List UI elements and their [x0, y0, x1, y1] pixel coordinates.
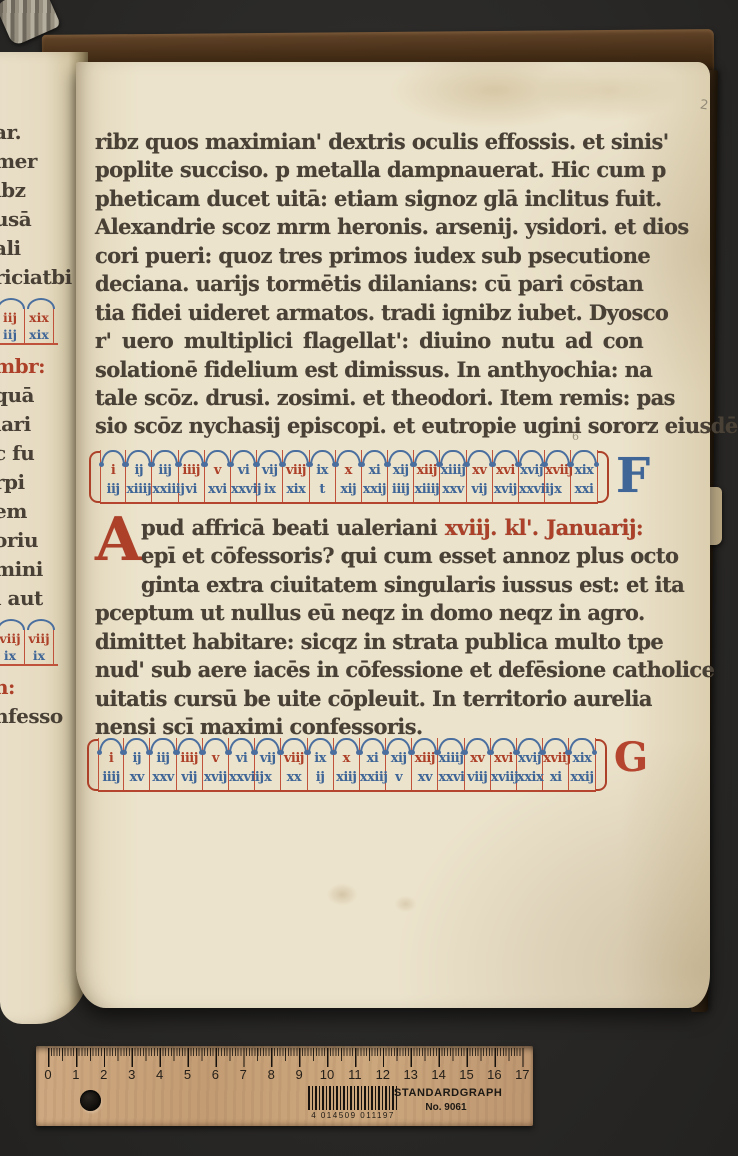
cell-bottom-numeral: viij: [465, 769, 490, 788]
table-bracket-left: [87, 739, 98, 791]
fragment-text-line: nfesso: [0, 702, 80, 731]
text-block-upper: ribz quos maximian' dextris oculis effos…: [95, 128, 643, 441]
cell-arch: [571, 450, 596, 465]
table-cell: xijv: [386, 738, 412, 790]
text-line: sio scōz nychasij episcopi. et eutropie …: [95, 412, 643, 440]
table-cell: iiijvi: [179, 450, 205, 502]
table-cell: xvviij: [465, 738, 491, 790]
text-line: epī et cōfessoris? qui cum esset annoz p…: [95, 542, 643, 570]
cell-bottom-numeral: iiij: [99, 769, 123, 788]
text-line: solationē fidelium est dimissus. In anth…: [95, 356, 643, 384]
cell-arch: [310, 450, 335, 465]
table-cell: vixxvij: [231, 450, 257, 502]
ruler-cm-label: 4: [156, 1067, 163, 1082]
text-line: deciana. uarijs tormētis dilanians: cū p…: [95, 270, 643, 298]
cell-bottom-numeral: ij: [308, 769, 333, 788]
cell-arch: [440, 450, 465, 465]
barcode: 4 014509 011197: [308, 1086, 398, 1120]
table-cell: vxvij: [203, 738, 229, 790]
table-cell: iiij: [100, 450, 126, 502]
text-line: Alexandrie scoz mrm heronis. arsenij. ys…: [95, 213, 643, 241]
ruler-cm-label: 12: [376, 1067, 390, 1082]
cell-bottom-numeral: vij: [467, 481, 492, 500]
ruler-cm-label: 7: [240, 1067, 247, 1082]
table-cell: iijxxv: [150, 738, 176, 790]
fragment-text-line: lari: [0, 410, 80, 439]
fragment-text-line: n:: [0, 673, 80, 702]
cell-arch: [545, 450, 570, 465]
cell-arch: [465, 738, 490, 753]
cell-arch: [203, 738, 228, 753]
ruler-cm-label: 0: [44, 1067, 51, 1082]
ruler-cm-labels: 01234567891011121314151617: [36, 1067, 533, 1083]
manuscript-page: 2 6 ribz quos maximian' dextris oculis e…: [76, 62, 710, 1008]
table-cell: ixij: [308, 738, 334, 790]
cell-arch: [569, 738, 594, 753]
cell-arch: [231, 450, 256, 465]
cell-arch: [543, 738, 568, 753]
cell-bottom-numeral: iij: [101, 481, 125, 500]
cell-bottom-numeral: xvi: [205, 481, 230, 500]
fragment-text-line: ibz: [0, 176, 80, 205]
cell-bottom-numeral: xiiij: [126, 481, 151, 500]
cell-bottom-numeral: xvij: [493, 481, 518, 500]
text-line: ginta extra ciuitatem singularis iussus …: [95, 571, 643, 599]
calendar-number-table-2: iiiijijxviijxxviiijvijvxvijvixxviijvijxv…: [87, 738, 607, 792]
initial-capital: A: [95, 514, 141, 571]
ruler-cm-label: 2: [100, 1067, 107, 1082]
cell-arch: [517, 738, 542, 753]
table-cell: xvvij: [467, 450, 493, 502]
table-cell: viijix: [0, 630, 25, 664]
table-cell: xvixviij: [491, 738, 517, 790]
cell-arch: [334, 738, 359, 753]
text-line: nud' sub aere iacēs in cōfessione et def…: [95, 656, 643, 684]
table-cell: xvijxxviij: [519, 450, 545, 502]
cell-bottom-numeral: xx: [281, 769, 306, 788]
table-cell: ixt: [310, 450, 336, 502]
barcode-digits: 4 014509 011197: [308, 1111, 398, 1120]
fragment-text-line: c fu: [0, 439, 80, 468]
cell-arch: [493, 450, 518, 465]
text-line: dimittet habitare: sicqz in strata publi…: [95, 628, 643, 656]
cell-bottom-numeral: iiij: [388, 481, 413, 500]
text-line: r' uero multiplici flagellat': diuino nu…: [95, 327, 643, 355]
table-cell: xxiij: [334, 738, 360, 790]
table-cells: iiiijijxviijxxviiijvijvxvijvixxviijvijxv…: [98, 738, 596, 792]
barcode-bars: [308, 1086, 398, 1110]
facing-page-text-fragments: ar.meribzusāaliriciatbiiijiijxixxixmbr:q…: [0, 118, 80, 731]
cell-arch: [467, 450, 492, 465]
fragment-text-line: rpi: [0, 468, 80, 497]
table-cell: viijxix: [283, 450, 309, 502]
ruler-brand-block: STANDARDGRAPH No. 9061: [394, 1087, 498, 1113]
table-cell: xxij: [336, 450, 362, 502]
table-cell: vijx: [255, 738, 281, 790]
cell-bottom-numeral: x: [545, 481, 570, 500]
cell-arch: [336, 450, 361, 465]
table-cell: xiijxiiij: [414, 450, 440, 502]
table-cell: vixxviij: [229, 738, 255, 790]
cell-bottom-numeral: xxv: [440, 481, 465, 500]
cell-bottom-numeral: xv: [412, 769, 437, 788]
table-cell: xixxxi: [571, 450, 597, 502]
margin-letter-blue: F: [616, 448, 650, 504]
ruler-cm-label: 6: [212, 1067, 219, 1082]
table-bracket-left: [89, 451, 100, 503]
ruler-cm-label: 15: [459, 1067, 473, 1082]
cell-bottom-numeral: xxiiij: [152, 481, 177, 500]
table-cell: iijiij: [0, 309, 25, 343]
cell-arch: [283, 450, 308, 465]
cell-arch: [438, 738, 463, 753]
table-cell: viijxx: [281, 738, 307, 790]
fragment-text-line: em: [0, 497, 80, 526]
text-line: tale scōz. drusi. zosimi. et theodori. I…: [95, 384, 643, 412]
cell-bottom-numeral: xiiij: [414, 481, 439, 500]
text-line: ribz quos maximian' dextris oculis effos…: [95, 128, 643, 156]
cell-bottom-numeral: v: [386, 769, 411, 788]
entry-heading-line: pud affricā beati ualeriani xviij. kl'. …: [95, 514, 643, 542]
heading-red-rubric: xviij. kl'. Januarij:: [445, 515, 643, 540]
cell-bottom-numeral: xix: [283, 481, 308, 500]
text-line: poplite succiso. p metalla dampnauerat. …: [95, 156, 643, 184]
fragment-text-line: riciatbi: [0, 263, 80, 292]
cell-bottom-numeral: xiij: [334, 769, 359, 788]
cell-arch: [0, 619, 25, 630]
cell-arch: [491, 738, 516, 753]
cell-arch: [257, 450, 282, 465]
cell-arch: [126, 450, 151, 465]
margin-letter-red: G: [614, 734, 648, 781]
cell-bottom-numeral: xv: [124, 769, 149, 788]
cell-arch: [27, 298, 55, 309]
fragment-text-line: ali: [0, 234, 80, 263]
fragment-text-line: oriu: [0, 526, 80, 555]
table-cell: vxvi: [205, 450, 231, 502]
cell-arch: [362, 450, 387, 465]
ruler-cm-label: 3: [128, 1067, 135, 1082]
table-cell: xixxiij: [360, 738, 386, 790]
fragment-text-line: usā: [0, 205, 80, 234]
table-cell: ijxiiij: [126, 450, 152, 502]
table-cell: viijix: [25, 630, 54, 664]
photo-stage: ar.meribzusāaliriciatbiiijiijxixxixmbr:q…: [0, 0, 738, 1156]
ruler-cm-label: 17: [515, 1067, 529, 1082]
cell-arch: [229, 738, 254, 753]
table-cell: iijxxiiij: [152, 450, 178, 502]
cell-arch: [255, 738, 280, 753]
ruler: 01234567891011121314151617 4 014509 0111…: [36, 1046, 533, 1126]
cell-bottom-numeral: xvij: [203, 769, 228, 788]
cell-bottom-numeral: xxij: [362, 481, 387, 500]
cell-bottom-numeral: xi: [543, 769, 568, 788]
table-cell: xvixvij: [493, 450, 519, 502]
cell-arch: [179, 450, 204, 465]
table-cells: iiijijxiiijiijxxiiijiiijvivxvivixxvijvij…: [100, 450, 598, 504]
text-line: pheticam ducet uitā: etiam signoz glā in…: [95, 185, 643, 213]
table-cell: xijiiij: [388, 450, 414, 502]
cell-arch: [150, 738, 175, 753]
facing-page-edge: ar.meribzusāaliriciatbiiijiijxixxixmbr:q…: [0, 52, 88, 1024]
cell-bottom-numeral: xxviij: [519, 481, 544, 500]
cell-bottom-numeral: xxix: [517, 769, 542, 788]
ruler-cm-label: 1: [72, 1067, 79, 1082]
cell-arch: [124, 738, 149, 753]
text-line: cori pueri: quoz tres primos iudex sub p…: [95, 242, 643, 270]
ruler-cm-label: 9: [295, 1067, 302, 1082]
fragment-text-line: quā: [0, 381, 80, 410]
cell-bottom-numeral: vi: [179, 481, 204, 500]
cell-arch: [27, 619, 55, 630]
cell-arch: [99, 738, 123, 753]
table-bracket-right: [598, 451, 609, 503]
cell-arch: [414, 450, 439, 465]
ruler-cm-label: 14: [431, 1067, 445, 1082]
cell-arch: [152, 450, 177, 465]
table-cell: xiiijxxvi: [438, 738, 464, 790]
fragment-text-line: ar.: [0, 118, 80, 147]
cell-arch: [386, 738, 411, 753]
text-line: pceptum ut nullus eū neqz in domo neqz i…: [95, 599, 643, 627]
table-cell: vijix: [257, 450, 283, 502]
cell-bottom-numeral: xxvij: [231, 481, 256, 500]
ruler-model: No. 9061: [394, 1102, 498, 1113]
ruler-cm-label: 11: [348, 1067, 362, 1082]
table-cell: ijxv: [124, 738, 150, 790]
ruler-cm-label: 5: [184, 1067, 191, 1082]
table-cell: xiiijxxv: [440, 450, 466, 502]
cell-arch: [308, 738, 333, 753]
fragment-number-table: iijiijxixxix: [0, 292, 58, 352]
cell-bottom-numeral: xxij: [569, 769, 594, 788]
cell-bottom-numeral: t: [310, 481, 335, 500]
cell-arch: [0, 298, 25, 309]
table-cell: xviijx: [545, 450, 571, 502]
folio-number: 2: [699, 97, 709, 113]
cell-bottom-numeral: xij: [336, 481, 361, 500]
table-cell: xixxxij: [569, 738, 595, 790]
cell-arch: [177, 738, 202, 753]
cell-bottom-numeral: vij: [177, 769, 202, 788]
cell-bottom-numeral: xviij: [491, 769, 516, 788]
cell-arch: [205, 450, 230, 465]
cell-arch: [519, 450, 544, 465]
text-line: tia fidei uideret armatos. tradi ignibz …: [95, 299, 643, 327]
fragment-text-line: mini: [0, 555, 80, 584]
table-cell: iiijvij: [177, 738, 203, 790]
ruler-cm-label: 10: [320, 1067, 334, 1082]
ruler-brand: STANDARDGRAPH: [394, 1087, 498, 1099]
ruler-cm-label: 8: [268, 1067, 275, 1082]
cell-bottom-numeral: xxiij: [360, 769, 385, 788]
cell-bottom-numeral: xxviij: [229, 769, 254, 788]
text-line: uitatis cursū be uite cōpleuit. In terri…: [95, 685, 643, 713]
fragment-text-line: mer: [0, 147, 80, 176]
table-cell: xvijxxix: [517, 738, 543, 790]
table-cell: iiiij: [98, 738, 124, 790]
table-cell: xixxix: [25, 309, 54, 343]
cell-bottom-numeral: xxi: [571, 481, 596, 500]
ruler-cm-label: 13: [403, 1067, 417, 1082]
fragment-text-line: mbr:: [0, 352, 80, 381]
fragment-number-table: viijixviijix: [0, 613, 58, 673]
table-cell: xviijxi: [543, 738, 569, 790]
ruler-hanging-hole: [80, 1090, 101, 1111]
table-cell: xixxij: [362, 450, 388, 502]
cell-bottom-numeral: xxv: [150, 769, 175, 788]
cell-bottom-numeral: xxvi: [438, 769, 463, 788]
table-bracket-right: [596, 739, 607, 791]
cell-bottom-numeral: x: [255, 769, 280, 788]
ruler-cm-label: 16: [487, 1067, 501, 1082]
table-cell: xiijxv: [412, 738, 438, 790]
cell-arch: [360, 738, 385, 753]
cell-arch: [412, 738, 437, 753]
cell-arch: [281, 738, 306, 753]
cell-bottom-numeral: ix: [257, 481, 282, 500]
cell-arch: [101, 450, 125, 465]
heading-black-text: pud affricā beati ualeriani: [141, 515, 445, 540]
cell-arch: [388, 450, 413, 465]
calendar-number-table-1: iiijijxiiijiijxxiiijiiijvivxvivixxvijvij…: [89, 450, 609, 504]
ruler-cm-ticks: [48, 1048, 524, 1067]
text-block-lower: Apud affricā beati ualeriani xviij. kl'.…: [95, 514, 643, 742]
fragment-text-line: i aut: [0, 584, 80, 613]
